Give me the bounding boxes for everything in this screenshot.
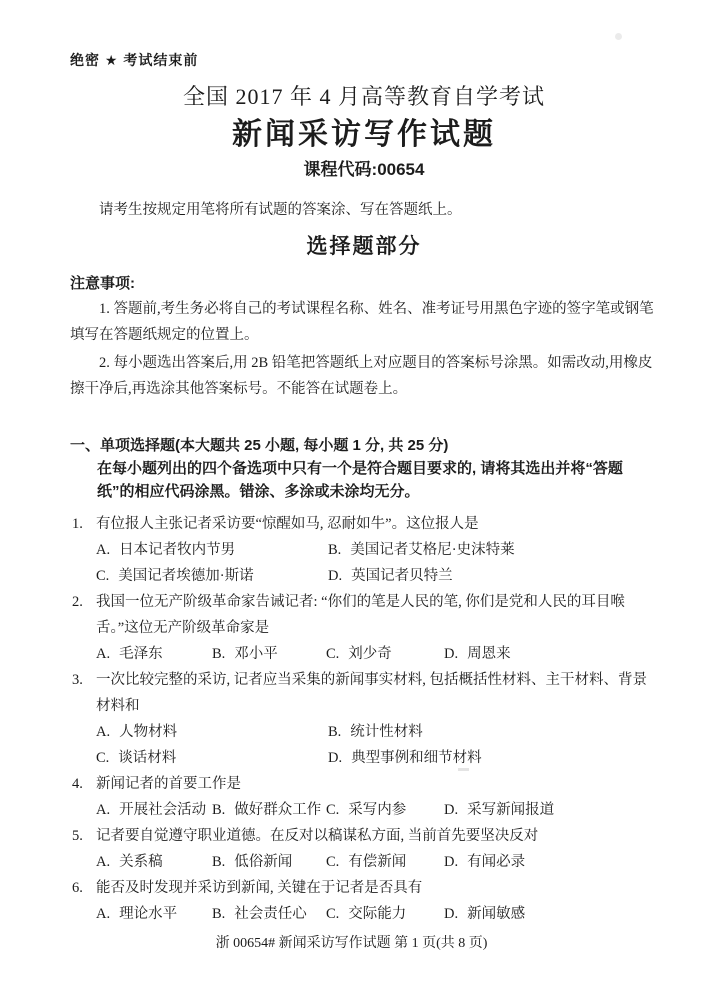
option-6C: C.交际能力 (326, 901, 444, 927)
option-text: 采写新闻报道 (467, 802, 554, 818)
course-code: 课程代码:00654 (70, 159, 658, 181)
question-number: 4. (72, 771, 83, 797)
option-1C: C.美国记者埃德加·斯诺 (96, 563, 328, 589)
option-2D: D.周恩来 (444, 641, 658, 667)
option-4C: C.采写内参 (326, 797, 444, 823)
question-stem-text: 记者要自觉遵守职业道德。在反对以稿谋私方面, 当前首先要坚决反对 (96, 828, 538, 844)
option-5D: D.有闻必录 (444, 849, 658, 875)
option-6B: B.社会责任心 (212, 901, 326, 927)
security-classification: 绝密 ★ 考试结束前 (70, 50, 658, 70)
option-label: D. (328, 568, 342, 584)
question-5: 5.记者要自觉遵守职业道德。在反对以稿谋私方面, 当前首先要坚决反对 A.关系稿… (70, 823, 658, 875)
option-text: 有闻必录 (467, 854, 525, 870)
option-label: B. (328, 542, 341, 558)
option-6D: D.新闻敏感 (444, 901, 658, 927)
question-options: A.毛泽东 B.邓小平 C.刘少奇 D.周恩来 (70, 641, 658, 667)
option-label: D. (328, 750, 342, 766)
scan-artifact-dot (615, 33, 622, 40)
option-text: 英国记者贝特兰 (351, 568, 453, 584)
option-2A: A.毛泽东 (96, 641, 212, 667)
section-part-title: 选择题部分 (70, 233, 658, 261)
option-text: 做好群众工作 (234, 802, 321, 818)
option-text: 谈话材料 (118, 750, 176, 766)
option-3D: D.典型事例和细节材料 (328, 745, 658, 771)
exam-session-title: 全国 2017 年 4 月高等教育自学考试 (70, 83, 658, 111)
question-stem-text: 能否及时发现并采访到新闻, 关键在于记者是否具有 (96, 880, 422, 896)
option-label: A. (96, 724, 110, 740)
option-label: D. (444, 854, 458, 870)
question-number: 2. (72, 589, 83, 615)
question-4: 4.新闻记者的首要工作是 A.开展社会活动 B.做好群众工作 C.采写内参 D.… (70, 771, 658, 823)
option-label: B. (328, 724, 341, 740)
option-label: A. (96, 542, 110, 558)
question-stem-text: 新闻记者的首要工作是 (96, 776, 241, 792)
option-label: B. (212, 854, 225, 870)
question-options: A.日本记者牧内节男 B.美国记者艾格尼·史沫特莱 C.美国记者埃德加·斯诺 D… (70, 537, 658, 589)
option-text: 刘少奇 (348, 646, 392, 662)
question-stem: 6.能否及时发现并采访到新闻, 关键在于记者是否具有 (70, 875, 658, 901)
option-1D: D.英国记者贝特兰 (328, 563, 658, 589)
question-stem: 5.记者要自觉遵守职业道德。在反对以稿谋私方面, 当前首先要坚决反对 (70, 823, 658, 849)
question-number: 3. (72, 667, 83, 693)
option-label: D. (444, 906, 458, 922)
question-number: 5. (72, 823, 83, 849)
option-label: B. (212, 802, 225, 818)
question-list: 1.有位报人主张记者采访要“惊醒如马, 忍耐如牛”。这位报人是 A.日本记者牧内… (70, 511, 658, 927)
option-4B: B.做好群众工作 (212, 797, 326, 823)
question-1: 1.有位报人主张记者采访要“惊醒如马, 忍耐如牛”。这位报人是 A.日本记者牧内… (70, 511, 658, 589)
option-label: C. (96, 568, 109, 584)
option-text: 交际能力 (348, 906, 406, 922)
option-text: 邓小平 (234, 646, 278, 662)
option-label: A. (96, 646, 110, 662)
option-label: D. (444, 646, 458, 662)
exam-paper-page: 绝密 ★ 考试结束前 全国 2017 年 4 月高等教育自学考试 新闻采访写作试… (0, 0, 703, 987)
page-footer: 浙 00654# 新闻采访写作试题 第 1 页(共 8 页) (0, 934, 703, 954)
option-label: A. (96, 802, 110, 818)
option-text: 采写内参 (348, 802, 406, 818)
section-one-instruction: 在每小题列出的四个备选项中只有一个是符合题目要求的, 请将其选出并将“答题纸”的… (70, 457, 658, 503)
question-6: 6.能否及时发现并采访到新闻, 关键在于记者是否具有 A.理论水平 B.社会责任… (70, 875, 658, 927)
option-text: 日本记者牧内节男 (119, 542, 235, 558)
option-label: D. (444, 802, 458, 818)
question-options: A.关系稿 B.低俗新闻 C.有偿新闻 D.有闻必录 (70, 849, 658, 875)
question-options: A.开展社会活动 B.做好群众工作 C.采写内参 D.采写新闻报道 (70, 797, 658, 823)
option-label: C. (326, 802, 339, 818)
option-5C: C.有偿新闻 (326, 849, 444, 875)
option-label: B. (212, 646, 225, 662)
option-text: 社会责任心 (234, 906, 307, 922)
notice-item-1: 1. 答题前,考生务必将自己的考试课程名称、姓名、准考证号用黑色字迹的签字笔或钢… (70, 296, 658, 348)
option-text: 低俗新闻 (234, 854, 292, 870)
option-2C: C.刘少奇 (326, 641, 444, 667)
section-one-heading: 一、单项选择题(本大题共 25 小题, 每小题 1 分, 共 25 分) (70, 435, 658, 457)
exam-subject-title: 新闻采访写作试题 (70, 116, 658, 154)
notice-item-2: 2. 每小题选出答案后,用 2B 铅笔把答题纸上对应题目的答案标号涂黑。如需改动… (70, 350, 658, 402)
option-text: 典型事例和细节材料 (351, 750, 482, 766)
question-stem: 4.新闻记者的首要工作是 (70, 771, 658, 797)
option-1B: B.美国记者艾格尼·史沫特莱 (328, 537, 658, 563)
option-text: 开展社会活动 (119, 802, 206, 818)
question-stem: 3.一次比较完整的采访, 记者应当采集的新闻事实材料, 包括概括性材料、主干材料… (70, 667, 658, 719)
option-3A: A.人物材料 (96, 719, 328, 745)
option-label: C. (326, 646, 339, 662)
option-label: C. (326, 854, 339, 870)
option-4A: A.开展社会活动 (96, 797, 212, 823)
option-text: 美国记者埃德加·斯诺 (118, 568, 253, 584)
question-2: 2.我国一位无产阶级革命家告诫记者: “你们的笔是人民的笔, 你们是党和人民的耳… (70, 589, 658, 667)
question-stem-text: 有位报人主张记者采访要“惊醒如马, 忍耐如牛”。这位报人是 (96, 516, 479, 532)
option-5A: A.关系稿 (96, 849, 212, 875)
question-3: 3.一次比较完整的采访, 记者应当采集的新闻事实材料, 包括概括性材料、主干材料… (70, 667, 658, 771)
option-text: 统计性材料 (350, 724, 423, 740)
option-5B: B.低俗新闻 (212, 849, 326, 875)
option-text: 周恩来 (467, 646, 511, 662)
option-label: B. (212, 906, 225, 922)
option-label: C. (326, 906, 339, 922)
option-text: 有偿新闻 (348, 854, 406, 870)
option-label: A. (96, 854, 110, 870)
option-label: A. (96, 906, 110, 922)
general-instruction: 请考生按规定用笔将所有试题的答案涂、写在答题纸上。 (70, 200, 658, 220)
option-text: 理论水平 (119, 906, 177, 922)
option-text: 美国记者艾格尼·史沫特莱 (350, 542, 514, 558)
question-stem-text: 一次比较完整的采访, 记者应当采集的新闻事实材料, 包括概括性材料、主干材料、背… (96, 672, 647, 714)
question-stem: 1.有位报人主张记者采访要“惊醒如马, 忍耐如牛”。这位报人是 (70, 511, 658, 537)
option-2B: B.邓小平 (212, 641, 326, 667)
option-text: 关系稿 (119, 854, 163, 870)
option-label: C. (96, 750, 109, 766)
question-number: 6. (72, 875, 83, 901)
question-number: 1. (72, 511, 83, 537)
option-3B: B.统计性材料 (328, 719, 658, 745)
option-4D: D.采写新闻报道 (444, 797, 658, 823)
notices-heading: 注意事项: (70, 274, 658, 294)
option-1A: A.日本记者牧内节男 (96, 537, 328, 563)
question-stem-text: 我国一位无产阶级革命家告诫记者: “你们的笔是人民的笔, 你们是党和人民的耳目喉… (96, 594, 625, 636)
option-3C: C.谈话材料 (96, 745, 328, 771)
option-text: 新闻敏感 (467, 906, 525, 922)
question-options: A.人物材料 B.统计性材料 C.谈话材料 D.典型事例和细节材料 (70, 719, 658, 771)
option-text: 人物材料 (119, 724, 177, 740)
option-text: 毛泽东 (119, 646, 163, 662)
question-options: A.理论水平 B.社会责任心 C.交际能力 D.新闻敏感 (70, 901, 658, 927)
question-stem: 2.我国一位无产阶级革命家告诫记者: “你们的笔是人民的笔, 你们是党和人民的耳… (70, 589, 658, 641)
option-6A: A.理论水平 (96, 901, 212, 927)
